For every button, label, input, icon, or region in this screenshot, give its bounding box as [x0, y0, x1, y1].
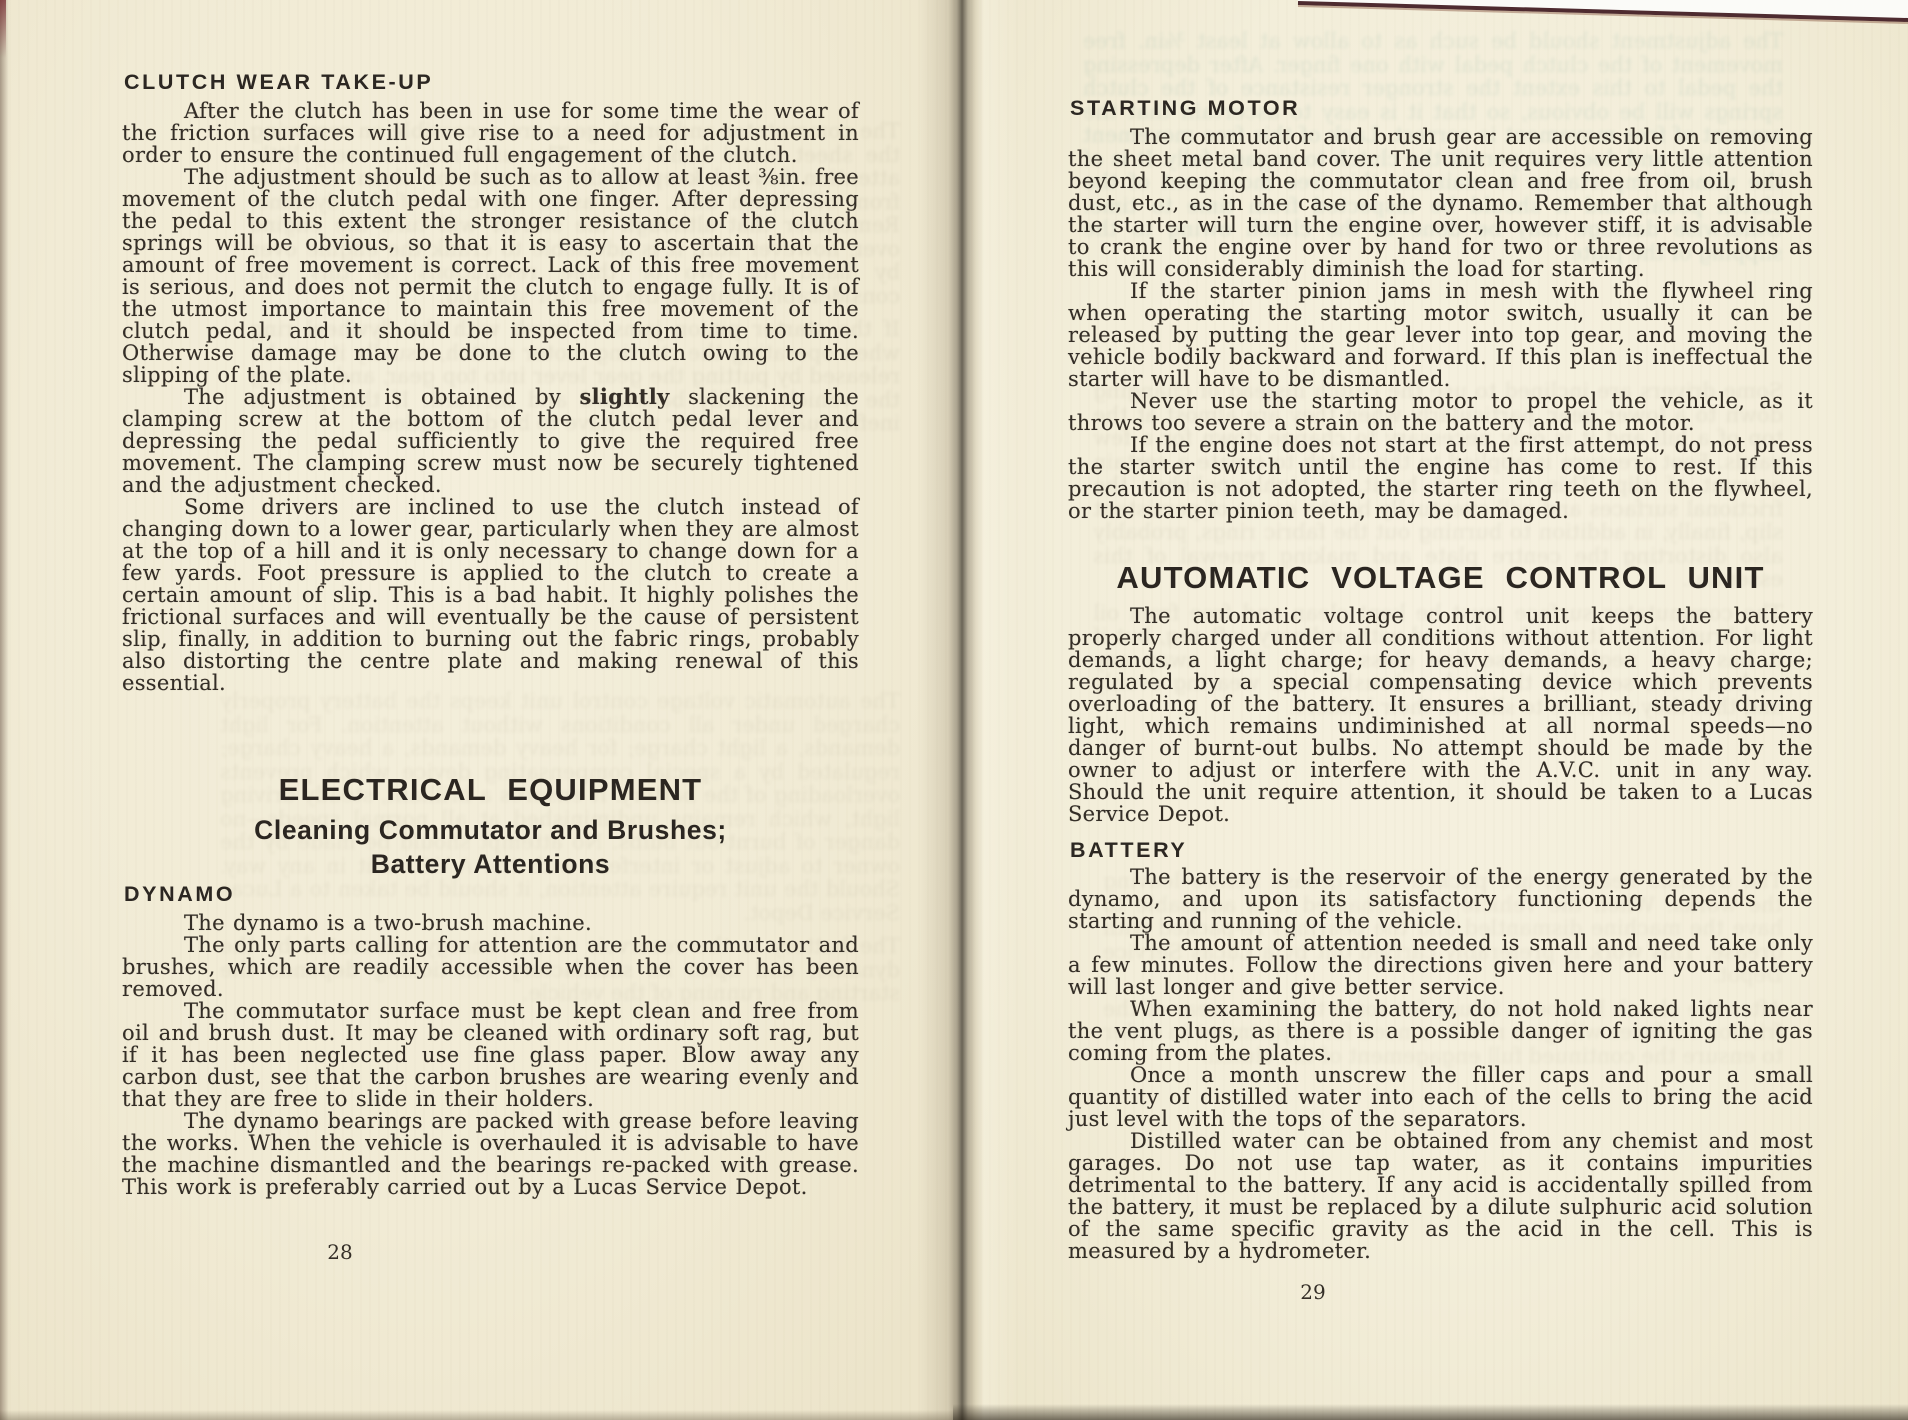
page-left: The commutator and brush gear are access…: [0, 0, 953, 1420]
paragraph: The battery is the reservoir of the ener…: [1068, 866, 1813, 932]
paragraph: The dynamo is a two-brush machine.: [122, 912, 859, 934]
paragraph: The commutator and brush gear are access…: [1068, 126, 1813, 280]
page-bottom-shadow: [0, 1410, 953, 1420]
paragraph: The adjustment should be such as to allo…: [122, 166, 859, 386]
page-number-left: 28: [290, 1240, 390, 1264]
section-heading-battery: BATTERY: [1070, 838, 1187, 863]
avc-body: The automatic voltage control unit keeps…: [1068, 605, 1813, 825]
page-left-edge-shadow: [0, 0, 9, 1420]
book-gutter-shadow: [918, 0, 1018, 1420]
page-right: The adjustment should be such as to allo…: [953, 0, 1908, 1420]
clutch-wear-body: After the clutch has been in use for som…: [122, 100, 859, 694]
book-spread: The commutator and brush gear are access…: [0, 0, 1908, 1420]
battery-body: The battery is the reservoir of the ener…: [1068, 866, 1813, 1262]
cover-edge-mark: [0, 0, 6, 58]
paragraph: The amount of attention needed is small …: [1068, 932, 1813, 998]
paragraph: The adjustment is obtained by slightly s…: [122, 386, 859, 496]
section-heading-automatic-voltage-control-unit: AUTOMATIC VOLTAGE CONTROL UNIT: [1068, 560, 1813, 596]
subheading-battery-attentions: Battery Attentions: [122, 849, 859, 880]
paragraph: The commutator surface must be kept clea…: [122, 1000, 859, 1110]
dynamo-body: The dynamo is a two-brush machine. The o…: [122, 912, 859, 1198]
paragraph: The dynamo bearings are packed with grea…: [122, 1110, 859, 1198]
section-heading-dynamo: DYNAMO: [124, 882, 235, 907]
subheading-cleaning-commutator: Cleaning Commutator and Brushes;: [122, 815, 859, 846]
page-number-right: 29: [1263, 1280, 1363, 1304]
paragraph: The only parts calling for attention are…: [122, 934, 859, 1000]
paragraph: If the engine does not start at the firs…: [1068, 434, 1813, 522]
paragraph: Some drivers are inclined to use the clu…: [122, 496, 859, 694]
paragraph-text: The adjustment is obtained by: [184, 385, 580, 409]
section-heading-electrical-equipment: ELECTRICAL EQUIPMENT: [122, 772, 859, 808]
paragraph: Never use the starting motor to propel t…: [1068, 390, 1813, 434]
paragraph: If the starter pinion jams in mesh with …: [1068, 280, 1813, 390]
paragraph: Once a month unscrew the filler caps and…: [1068, 1064, 1813, 1130]
page-bottom-shadow: [953, 1404, 1908, 1420]
section-heading-starting-motor: STARTING MOTOR: [1070, 96, 1300, 121]
starting-motor-body: The commutator and brush gear are access…: [1068, 126, 1813, 522]
scanner-background-wedge: [1240, 0, 1908, 30]
paragraph: Distilled water can be obtained from any…: [1068, 1130, 1813, 1262]
paragraph: When examining the battery, do not hold …: [1068, 998, 1813, 1064]
emphasized-word: slightly: [580, 384, 670, 409]
paragraph: After the clutch has been in use for som…: [122, 100, 859, 166]
section-heading-clutch-wear-take-up: CLUTCH WEAR TAKE-UP: [124, 70, 433, 95]
paragraph: The automatic voltage control unit keeps…: [1068, 605, 1813, 825]
